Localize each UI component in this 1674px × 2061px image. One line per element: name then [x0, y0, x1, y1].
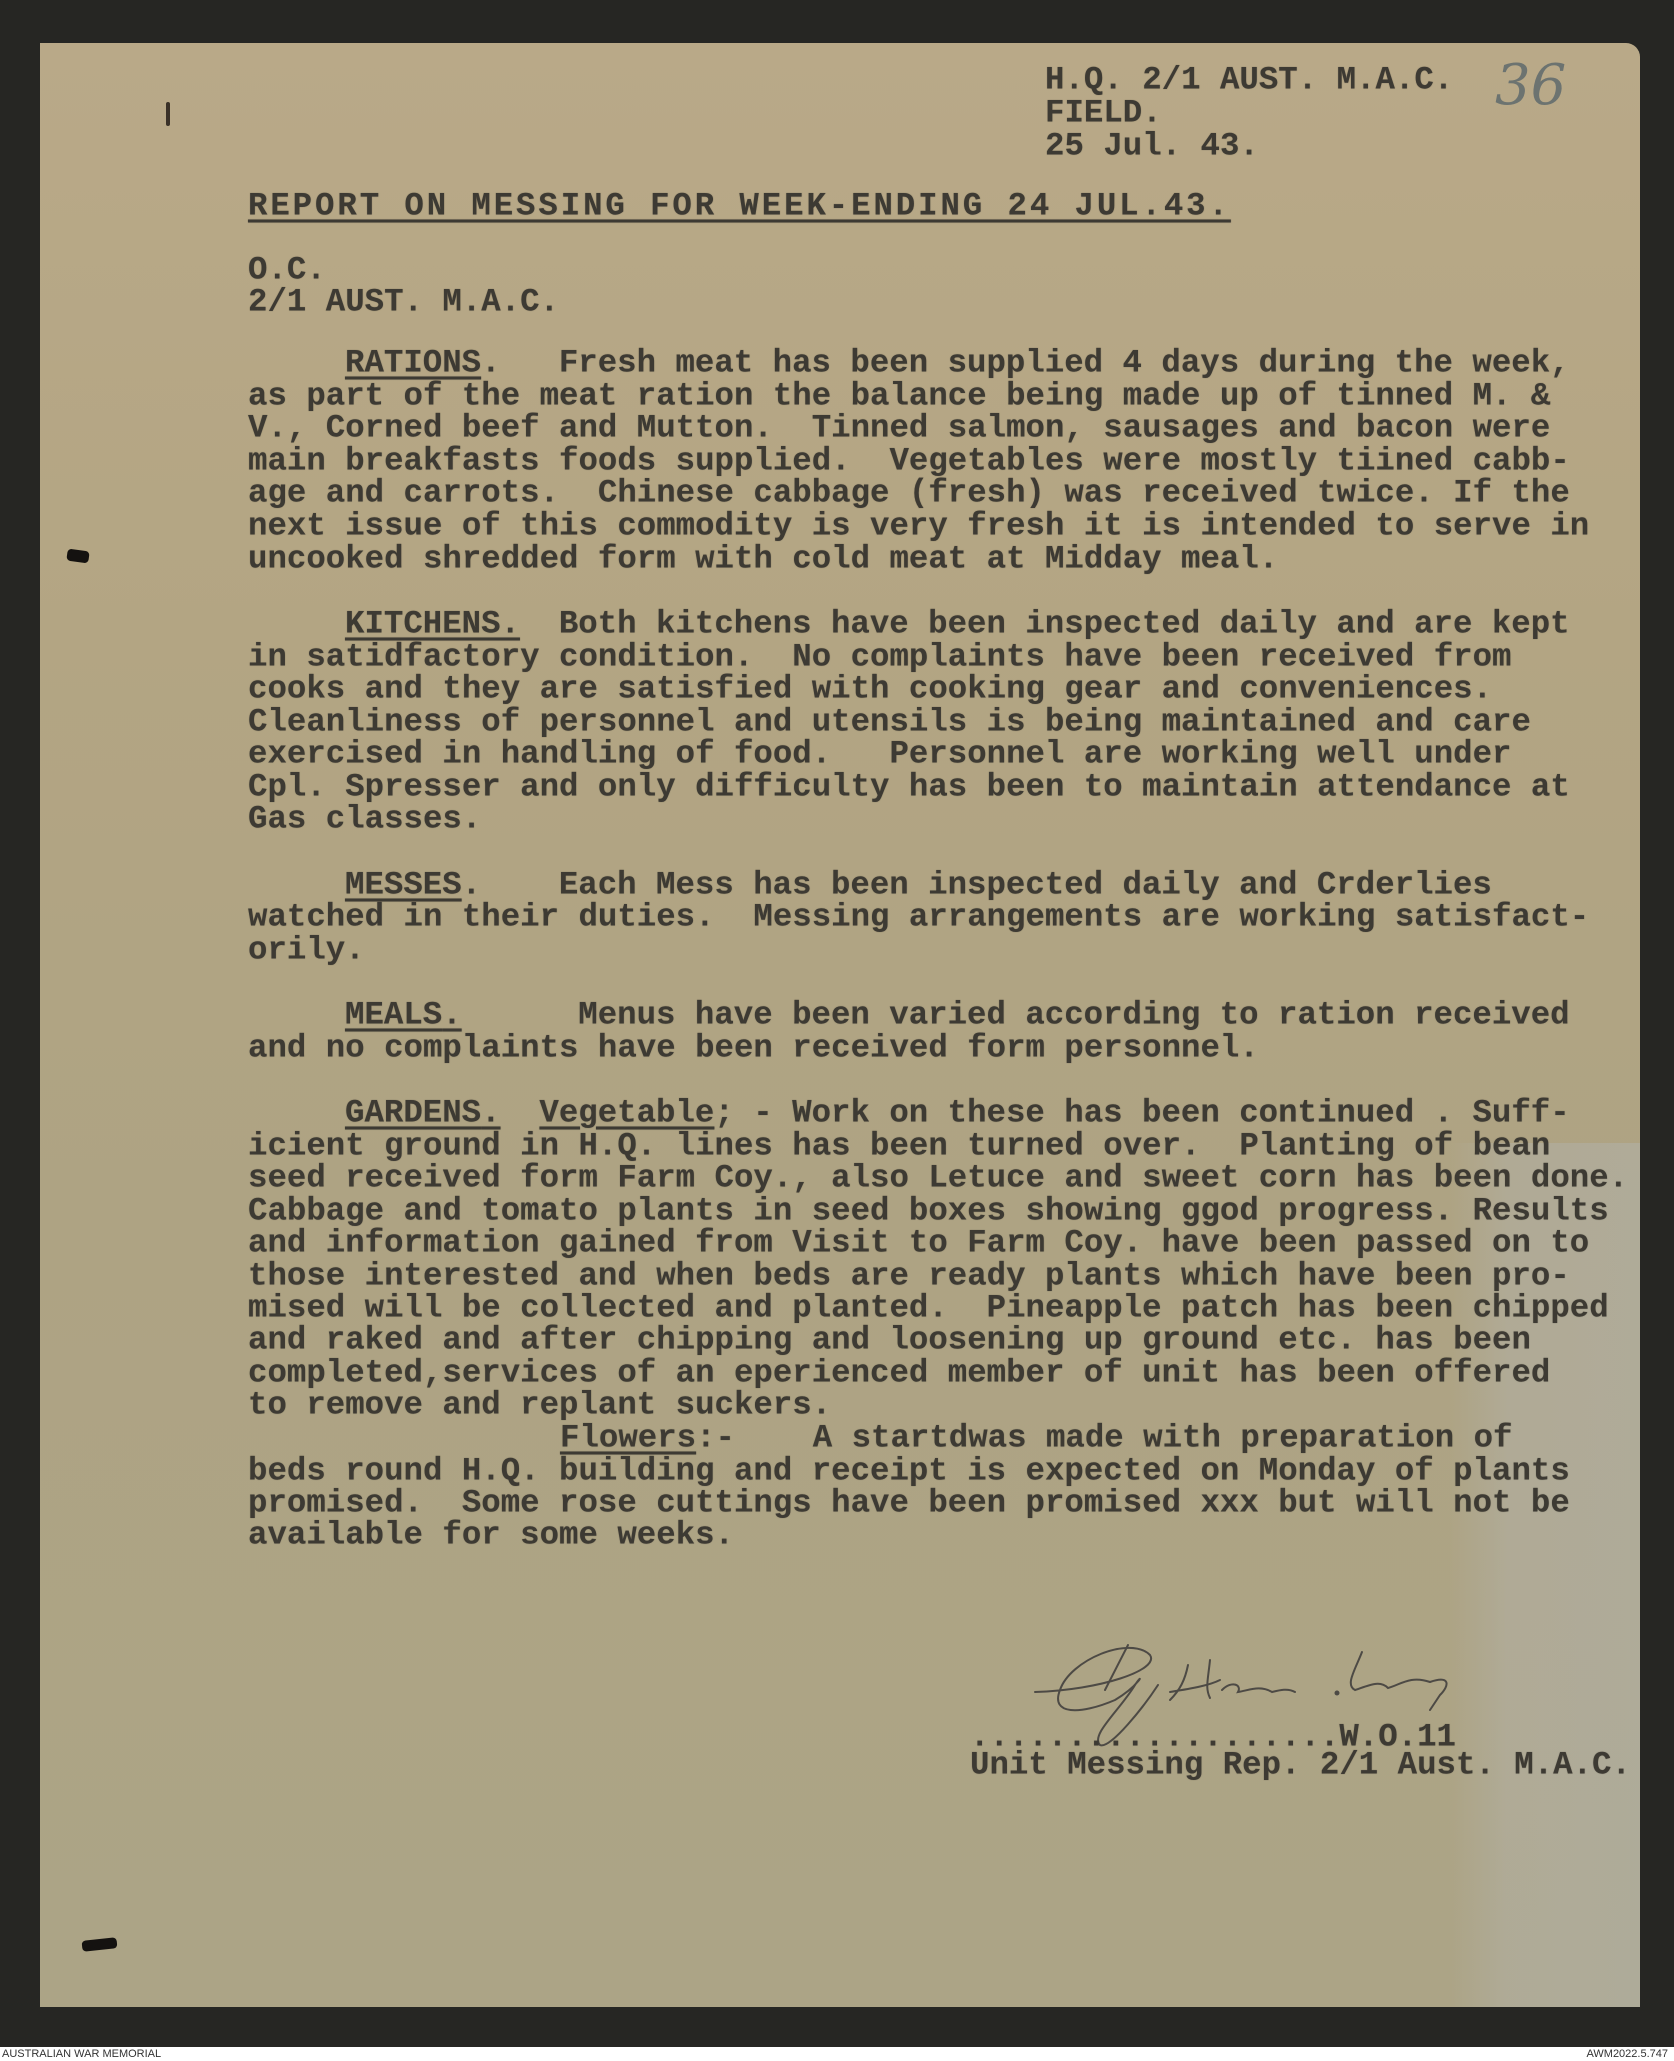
body-line: available for some weeks. — [248, 1519, 734, 1552]
body-line: in satidfactory condition. No complaints… — [248, 641, 1511, 674]
body-line: uncooked shredded form with cold meat at… — [248, 543, 1278, 576]
addressee-line: O.C. — [248, 254, 326, 287]
flowers-first-line: Flowers:- A startdwas made with preparat… — [560, 1422, 1512, 1455]
body-line: main breakfasts foods supplied. Vegetabl… — [248, 445, 1570, 478]
footer-institution: AUSTRALIAN WAR MEMORIAL — [2, 2047, 161, 2061]
body-line: cooks and they are satisfied with cookin… — [248, 673, 1492, 706]
body-line: age and carrots. Chinese cabbage (fresh)… — [248, 477, 1570, 510]
header-unit: H.Q. 2/1 AUST. M.A.C. — [1045, 64, 1453, 97]
body-line: exercised in handling of food. Personnel… — [248, 738, 1511, 771]
header-date: 25 Jul. 43. — [1045, 130, 1259, 163]
body-line: Cabbage and tomato plants in seed boxes … — [248, 1195, 1609, 1228]
body-line: to remove and replant suckers. — [248, 1389, 831, 1422]
footer-accession-number: AWM2022.5.747 — [1586, 2047, 1668, 2061]
body-line: next issue of this commodity is very fre… — [248, 510, 1589, 543]
handwritten-page-number: 36 — [1495, 58, 1566, 114]
subheading-flowers: Flowers — [560, 1420, 696, 1457]
report-title: REPORT ON MESSING FOR WEEK-ENDING 24 JUL… — [248, 190, 1231, 223]
signature-title: Unit Messing Rep. 2/1 Aust. M.A.C. — [970, 1749, 1631, 1782]
body-line: and raked and after chipping and looseni… — [248, 1324, 1531, 1357]
section-rations-first-line: RATIONS. Fresh meat has been supplied 4 … — [345, 347, 1570, 380]
subheading-vegetable: Vegetable — [539, 1095, 714, 1132]
body-line: seed received form Farm Coy., also Letuc… — [248, 1162, 1628, 1195]
body-line: completed,services of an eperienced memb… — [248, 1357, 1550, 1390]
body-line: watched in their duties. Messing arrange… — [248, 901, 1589, 934]
body-line: icient ground in H.Q. lines has been tur… — [248, 1130, 1550, 1163]
section-heading-meals: MEALS — [345, 997, 442, 1034]
body-line: Cpl. Spresser and only difficulty has be… — [248, 771, 1570, 804]
header-location: FIELD. — [1045, 97, 1162, 130]
staple-hole-mark — [166, 102, 170, 126]
body-line: mised will be collected and planted. Pin… — [248, 1292, 1609, 1325]
section-kitchens-first-line: KITCHENS. Both kitchens have been inspec… — [345, 608, 1570, 641]
section-gardens-first-line: GARDENS. Vegetable; - Work on these has … — [345, 1097, 1570, 1130]
body-line: beds round H.Q. building and receipt is … — [248, 1455, 1570, 1488]
addressee-line: 2/1 AUST. M.A.C. — [248, 286, 559, 319]
section-heading-kitchens: KITCHENS — [345, 606, 501, 643]
body-line: Gas classes. — [248, 803, 481, 836]
body-line: Cleanliness of personnel and utensils is… — [248, 706, 1531, 739]
section-heading-gardens: GARDENS — [345, 1095, 481, 1132]
body-line: as part of the meat ration the balance b… — [248, 380, 1550, 413]
archive-footer: AUSTRALIAN WAR MEMORIAL AWM2022.5.747 — [0, 2047, 1674, 2061]
body-line: orily. — [248, 934, 365, 967]
body-line: V., Corned beef and Mutton. Tinned salmo… — [248, 412, 1550, 445]
section-heading-rations: RATIONS — [345, 345, 481, 382]
section-meals-first-line: MEALS. Menus have been varied according … — [345, 999, 1570, 1032]
body-line: those interested and when beds are ready… — [248, 1260, 1570, 1293]
body-line: and information gained from Visit to Far… — [248, 1227, 1589, 1260]
body-line: promised. Some rose cuttings have been p… — [248, 1487, 1570, 1520]
body-line: and no complaints have been received for… — [248, 1032, 1259, 1065]
section-messes-first-line: MESSES. Each Mess has been inspected dai… — [345, 869, 1492, 902]
